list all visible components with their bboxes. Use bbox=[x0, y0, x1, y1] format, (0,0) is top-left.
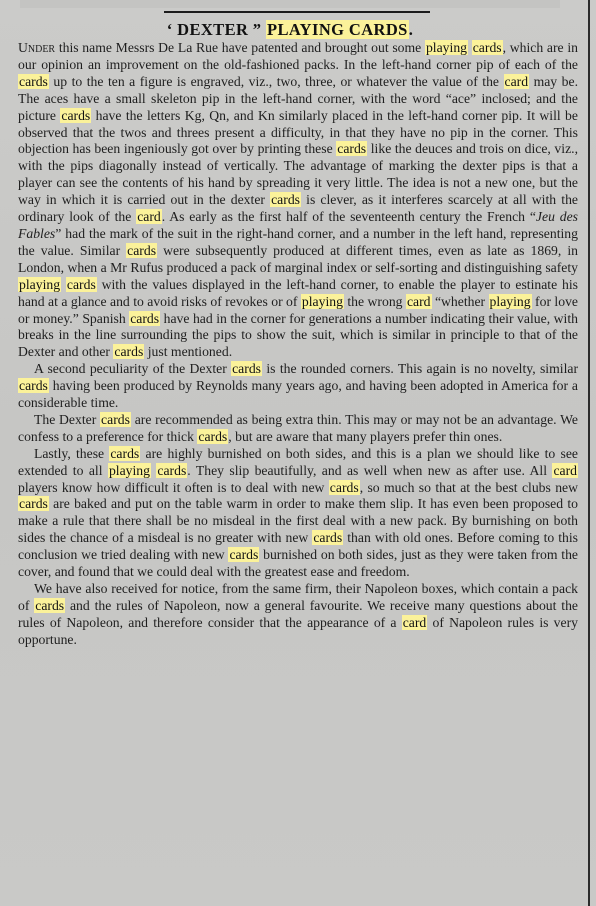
article-body: Under this name Messrs De La Rue have pa… bbox=[18, 40, 578, 649]
text-run: players know how difficult it often is t… bbox=[18, 480, 329, 495]
search-highlight: card bbox=[136, 209, 162, 224]
search-highlight: cards bbox=[329, 480, 360, 495]
article-paragraph: The Dexter cards are recommended as bein… bbox=[18, 412, 578, 446]
search-highlight: playing bbox=[489, 294, 532, 309]
text-run: . They slip beautifully, and as well whe… bbox=[187, 463, 552, 478]
search-highlight: cards bbox=[60, 108, 91, 123]
search-highlight: cards bbox=[18, 496, 49, 511]
search-highlight: cards bbox=[18, 378, 49, 393]
article-paragraph: Under this name Messrs De La Rue have pa… bbox=[18, 40, 578, 361]
text-run: is the rounded corners. This again is no… bbox=[262, 361, 578, 376]
search-highlight: cards bbox=[66, 277, 97, 292]
text-run: The Dexter bbox=[34, 412, 100, 427]
search-highlight: cards bbox=[129, 311, 160, 326]
search-highlight: cards bbox=[472, 40, 503, 55]
search-highlight: cards bbox=[312, 530, 343, 545]
text-run: this name Messrs De La Rue have patented… bbox=[55, 40, 425, 55]
search-highlight: cards bbox=[34, 598, 65, 613]
text-run: “whether bbox=[432, 294, 489, 309]
column-rule bbox=[588, 0, 590, 906]
article-title: ‘ DEXTER ” PLAYING CARDS. bbox=[0, 20, 580, 40]
search-highlight: cards bbox=[228, 547, 259, 562]
text-run: up to the ten a figure is engraved, viz.… bbox=[49, 74, 504, 89]
search-highlight: playing bbox=[301, 294, 344, 309]
bleed-through-text bbox=[20, 0, 560, 8]
search-highlight: card bbox=[406, 294, 432, 309]
search-highlight: cards bbox=[18, 74, 49, 89]
text-run: . As early as the first half of the seve… bbox=[162, 209, 536, 224]
search-highlight: playing bbox=[18, 277, 61, 292]
search-highlight: playing bbox=[425, 40, 468, 55]
search-highlight: card bbox=[504, 74, 530, 89]
search-highlight: cards bbox=[336, 141, 367, 156]
search-highlight: cards bbox=[270, 192, 301, 207]
search-highlight: playing bbox=[108, 463, 151, 478]
text-run: A second peculiarity of the Dexter bbox=[34, 361, 231, 376]
search-highlight: cards bbox=[156, 463, 187, 478]
text-run: the wrong bbox=[344, 294, 406, 309]
search-highlight: cards bbox=[231, 361, 262, 376]
article-paragraph: Lastly, these cards are highly burnished… bbox=[18, 446, 578, 581]
newspaper-clipping: ‘ DEXTER ” PLAYING CARDS. Under this nam… bbox=[0, 0, 596, 906]
title-highlight: PLAYING CARDS bbox=[266, 20, 409, 39]
lead-word: Under bbox=[18, 40, 55, 55]
search-highlight: card bbox=[402, 615, 428, 630]
search-highlight: card bbox=[552, 463, 578, 478]
search-highlight: cards bbox=[126, 243, 157, 258]
article-paragraph: We have also received for notice, from t… bbox=[18, 581, 578, 649]
text-run: having been produced by Reynolds many ye… bbox=[18, 378, 578, 410]
text-run: just mentioned. bbox=[144, 344, 232, 359]
title-suffix: . bbox=[409, 20, 414, 39]
text-run: , so much so that at the best clubs new bbox=[360, 480, 578, 495]
text-run: Lastly, these bbox=[34, 446, 109, 461]
section-divider-rule bbox=[164, 11, 430, 13]
article-paragraph: A second peculiarity of the Dexter cards… bbox=[18, 361, 578, 412]
title-prefix: ‘ DEXTER ” bbox=[167, 20, 266, 39]
search-highlight: cards bbox=[197, 429, 228, 444]
search-highlight: cards bbox=[113, 344, 144, 359]
text-run: , but are aware that many players prefer… bbox=[228, 429, 502, 444]
search-highlight: cards bbox=[100, 412, 131, 427]
search-highlight: cards bbox=[109, 446, 140, 461]
